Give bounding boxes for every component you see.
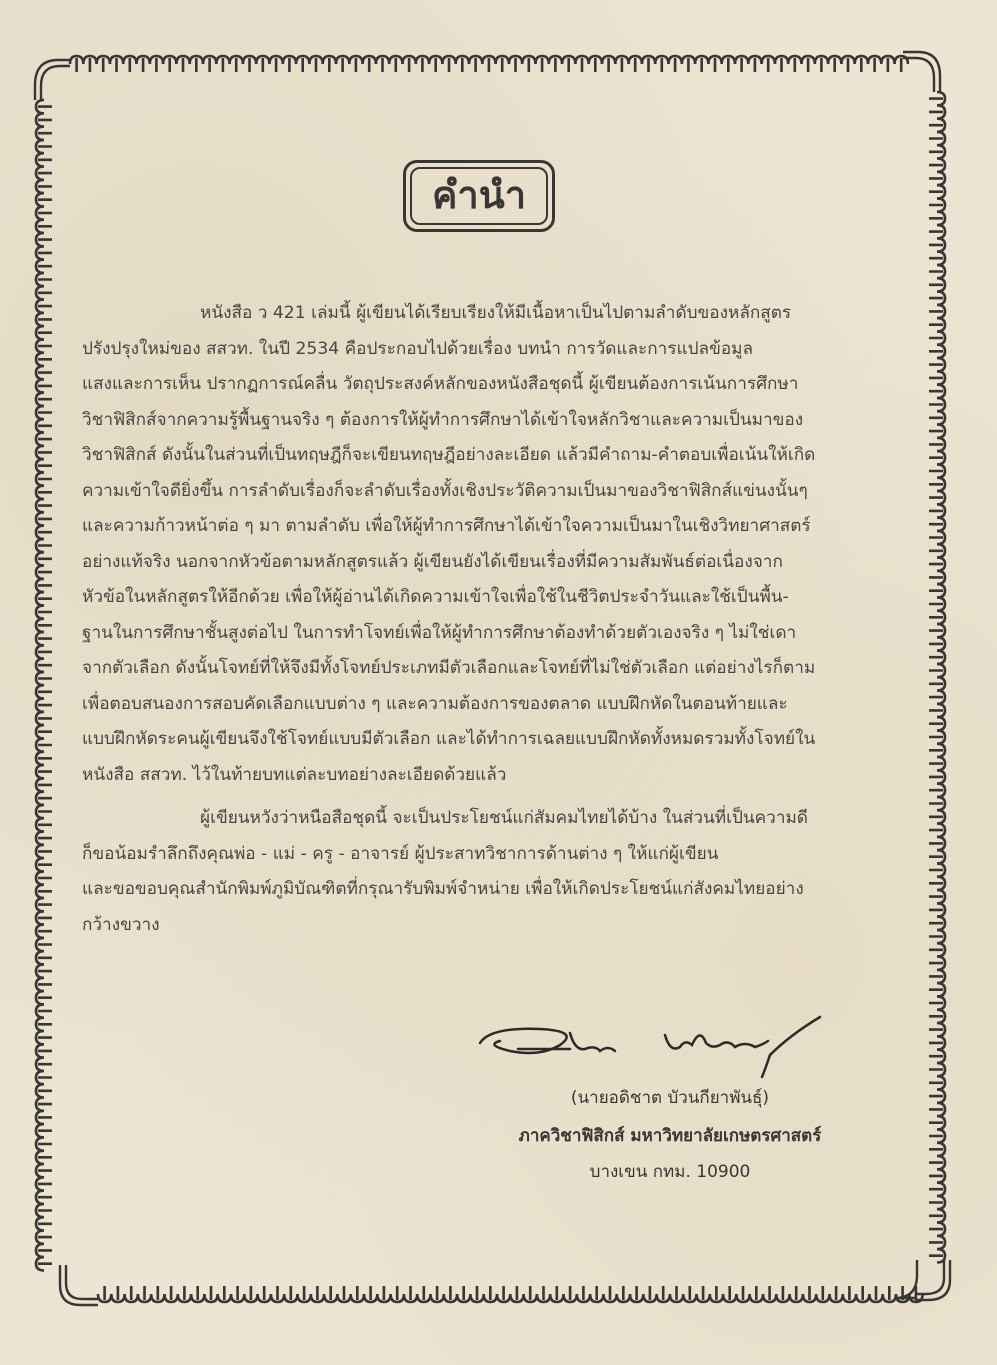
- text-line: แสงและการเห็น ปรากฏการณ์คลื่น วัตถุประสง…: [82, 369, 798, 399]
- text-line: ปรังปรุงใหม่ของ สสวท. ในปี 2534 คือประกอ…: [82, 334, 753, 364]
- text-line: หัวข้อในหลักสูตรให้อีกด้วย เพื่อให้ผู้อ่…: [82, 582, 789, 612]
- author-department: ภาควิชาฟิสิกส์ มหาวิทยาลัยเกษตรศาสตร์: [470, 1122, 870, 1149]
- text-line: วิชาฟิสิกส์ ดังนั้นในส่วนที่เป็นทฤษฎีก็จ…: [82, 440, 815, 470]
- text-line: เพื่อตอบสนองการสอบคัดเลือกแบบต่าง ๆ และค…: [82, 689, 788, 719]
- text-line: หนังสือ สสวท. ไว้ในท้ายบทแต่ละบทอย่างละเ…: [82, 760, 506, 790]
- text-line: และขอขอบคุณสำนักพิมพ์ภูมิบัณฑิตที่กรุณาร…: [82, 874, 804, 904]
- text-line: จากตัวเลือก ดังนั้นโจทย์ที่ให้จึงมีทั้งโ…: [82, 653, 815, 683]
- text-line: วิชาฟิสิกส์จากความรู้พื้นฐานจริง ๆ ต้องก…: [82, 405, 803, 435]
- text-line: ฐานในการศึกษาชั้นสูงต่อไป ในการทำโจทย์เพ…: [82, 618, 796, 648]
- text-line: ความเข้าใจดียิ่งขึ้น การลำดับเรื่องก็จะล…: [82, 476, 808, 506]
- title-frame: คำนำ: [403, 160, 555, 232]
- text-line: ผู้เขียนหวังว่าหนือสือชุดนี้ จะเป็นประโย…: [200, 803, 808, 833]
- author-name: (นายอดิชาต บัวนกียาพันธุ์): [470, 1084, 870, 1111]
- text-line: หนังสือ ว 421 เล่มนี้ ผู้เขียนได้เรียบเร…: [200, 298, 791, 328]
- page-title: คำนำ: [406, 173, 552, 217]
- author-address: บางเขน กทม. 10900: [470, 1158, 870, 1185]
- text-line: อย่างแท้จริง นอกจากหัวข้อตามหลักสูตรแล้ว…: [82, 547, 783, 577]
- text-line: และความก้าวหน้าต่อ ๆ มา ตามลำดับ เพื่อให…: [82, 511, 811, 541]
- text-line: ก็ขอน้อมรำลึกถึงคุณพ่อ - แม่ - ครู - อาจ…: [82, 839, 718, 869]
- signature-block: (นายอดิชาต บัวนกียาพันธุ์) ภาควิชาฟิสิกส…: [470, 1010, 870, 1200]
- text-line: แบบฝึกหัดระคนผู้เขียนจึงใช้โจทย์แบบมีตัว…: [82, 724, 815, 754]
- text-line: กว้างขวาง: [82, 910, 160, 940]
